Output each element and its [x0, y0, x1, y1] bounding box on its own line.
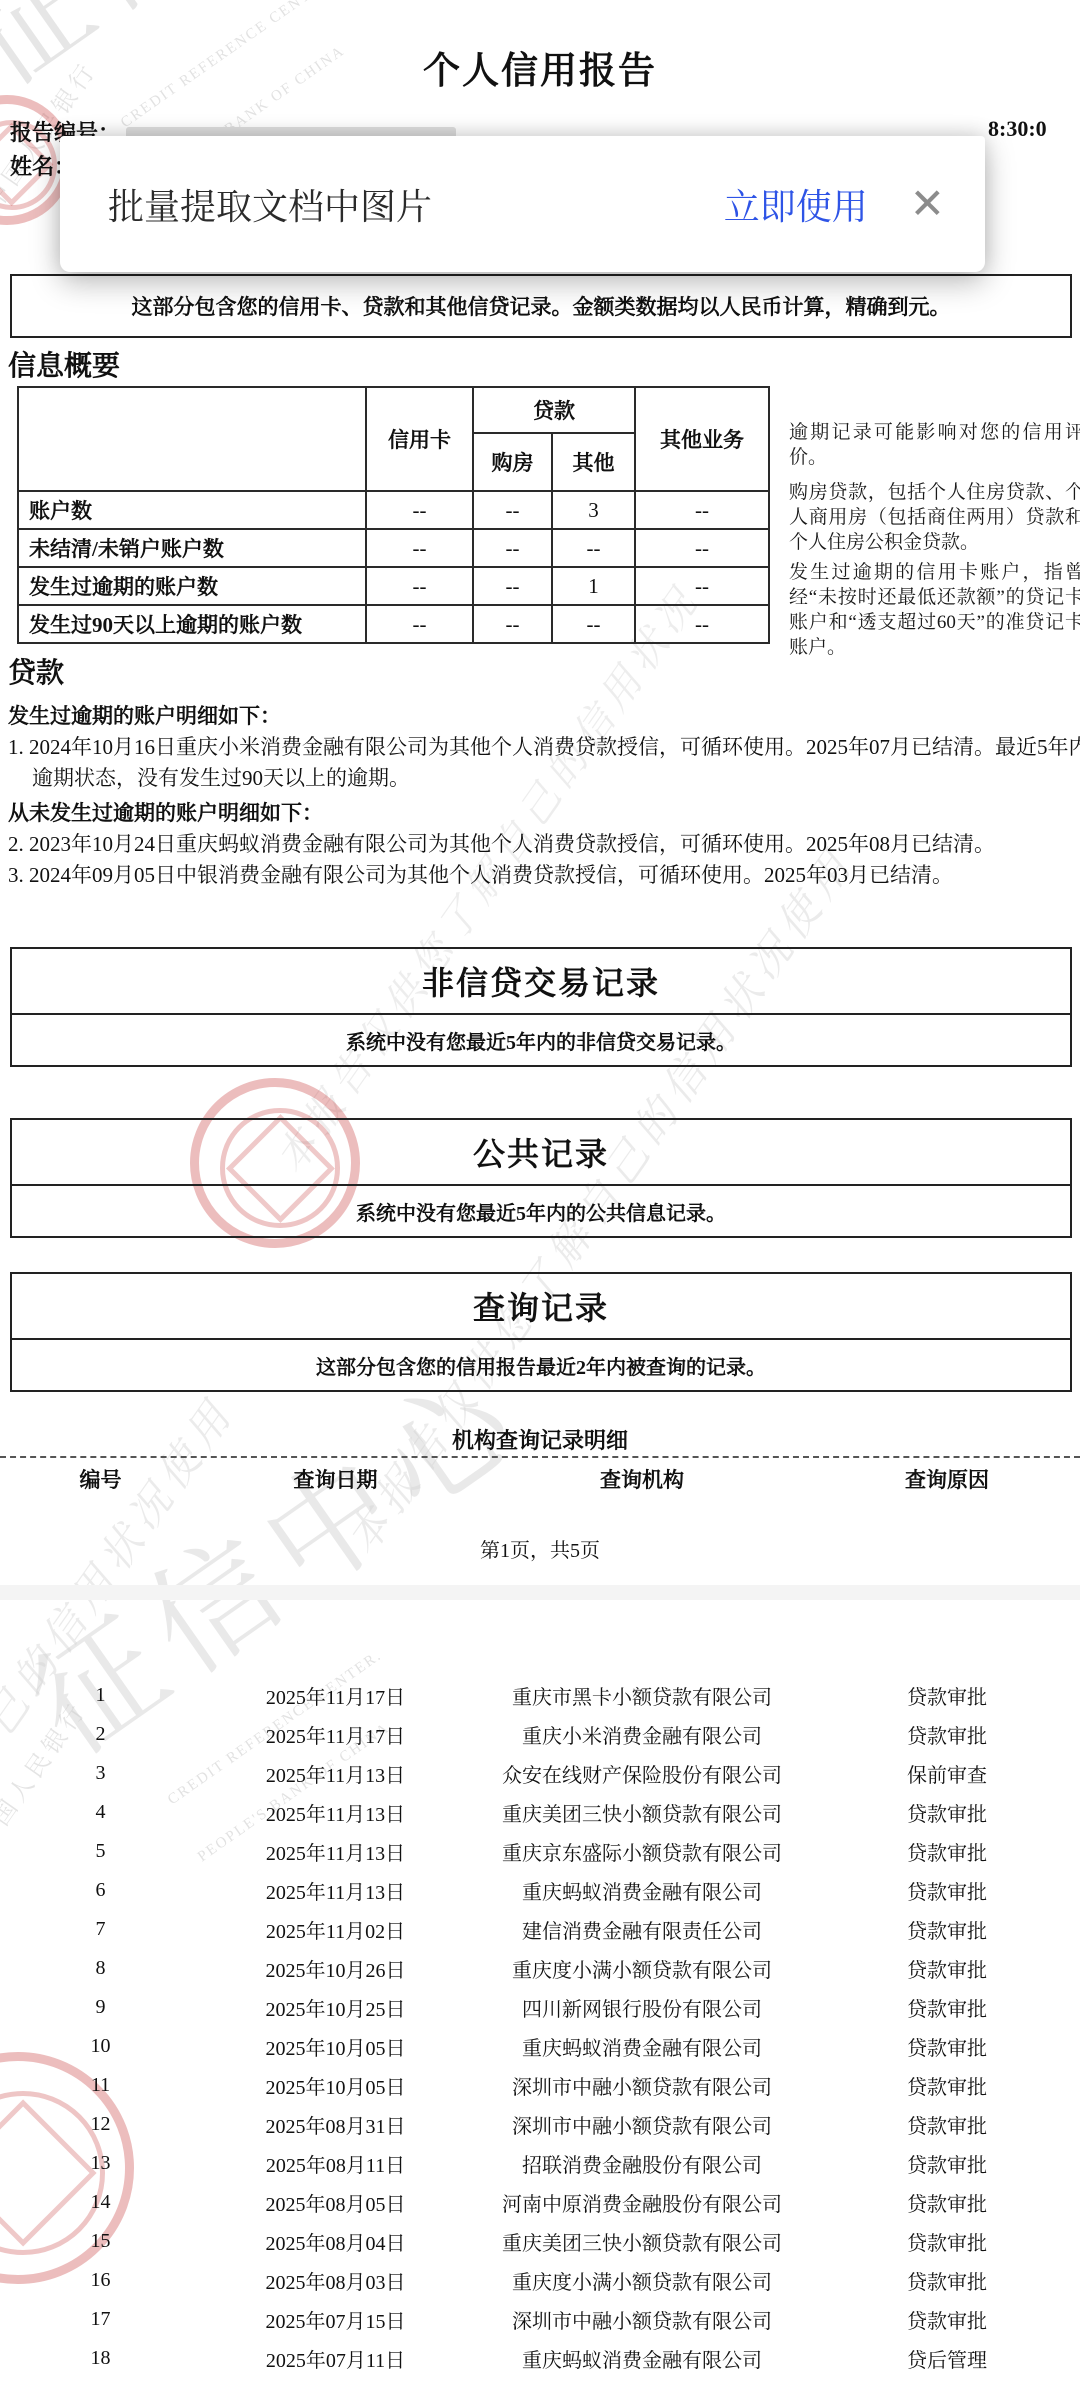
summary-cell: --: [473, 529, 552, 567]
query-cell: 16: [0, 2269, 201, 2292]
query-row: 132025年08月11日招联消费金融股份有限公司贷款审批: [0, 2144, 1080, 2183]
query-cell: 贷款审批: [814, 1837, 1080, 1866]
summary-col-loan: 贷款: [473, 387, 635, 433]
query-cell: 13: [0, 2152, 201, 2175]
query-cell: 深圳市中融小额贷款有限公司: [470, 2071, 814, 2100]
query-cell: 重庆度小满小额贷款有限公司: [470, 1954, 814, 1983]
query-cell: 4: [0, 1801, 201, 1824]
query-cell: 9: [0, 1996, 201, 2019]
table-row: 未结清/未销户账户数 -- -- -- --: [18, 529, 769, 567]
query-cell: 贷款审批: [814, 1954, 1080, 1983]
query-cell: 15: [0, 2230, 201, 2253]
summary-cell: --: [635, 491, 769, 529]
summary-cell: 1: [552, 567, 635, 605]
query-cell: 众安在线财产保险股份有限公司: [470, 1759, 814, 1788]
query-cell: 招联消费金融股份有限公司: [470, 2149, 814, 2178]
query-row: 82025年10月26日重庆度小满小额贷款有限公司贷款审批: [0, 1949, 1080, 1988]
never-overdue-accounts-title: 从未发生过逾期的账户明细如下：: [8, 803, 1080, 824]
query-cell: 重庆蚂蚁消费金融有限公司: [470, 2344, 814, 2373]
query-cell: 贷款审批: [814, 1915, 1080, 1944]
summary-col-credit-card: 信用卡: [366, 387, 473, 491]
summary-row-label: 未结清/未销户账户数: [18, 529, 366, 567]
query-cell: 贷款审批: [814, 2227, 1080, 2256]
query-cell: 贷款审批: [814, 1720, 1080, 1749]
query-cell: 贷后管理: [814, 2344, 1080, 2373]
query-cell: 四川新网银行股份有限公司: [470, 1993, 814, 2022]
query-cell: 17: [0, 2308, 201, 2331]
query-row: 32025年11月13日众安在线财产保险股份有限公司保前审查: [0, 1754, 1080, 1793]
extract-images-popup: 批量提取文档中图片 立即使用 ✕: [60, 136, 985, 272]
summary-cell: --: [366, 491, 473, 529]
query-row: 152025年08月04日重庆美团三快小额贷款有限公司贷款审批: [0, 2222, 1080, 2261]
summary-corner-cell: [18, 387, 366, 491]
query-row: 102025年10月05日重庆蚂蚁消费金融有限公司贷款审批: [0, 2027, 1080, 2066]
section-title: 公共记录: [12, 1120, 1070, 1186]
query-cell: 河南中原消费金融股份有限公司: [470, 2188, 814, 2217]
section-note: 系统中没有您最近5年内的非信贷交易记录。: [12, 1015, 1070, 1065]
query-cell: 重庆美团三快小额贷款有限公司: [470, 2227, 814, 2256]
summary-col-other-biz: 其他业务: [635, 387, 769, 491]
credit-intro-text: 这部分包含您的信用卡、贷款和其他信贷记录。金额类数据均以人民币计算，精确到元。: [132, 291, 951, 321]
section-title: 非信贷交易记录: [12, 949, 1070, 1015]
query-cell: 重庆蚂蚁消费金融有限公司: [470, 2032, 814, 2061]
loan-item: 3. 2024年09月05日中银消费金融有限公司为其他个人消费贷款授信，可循环使…: [8, 865, 1080, 886]
query-cell: 2025年11月17日: [201, 1720, 470, 1749]
summary-note-house-loan: 购房贷款，包括个人住房贷款、个人商用房（包括商住两用）贷款和个人住房公积金贷款。: [789, 480, 1080, 555]
query-cell: 2025年08月11日: [201, 2149, 470, 2178]
credit-report-page: 征信中心中国人民银行CREDIT REFERENCE CENTER.PEOPLE…: [0, 0, 1080, 2400]
summary-cell: --: [635, 529, 769, 567]
query-cell: 深圳市中融小额贷款有限公司: [470, 2305, 814, 2334]
page-title: 个人信用报告: [0, 40, 1080, 94]
query-cell: 2025年08月31日: [201, 2110, 470, 2139]
query-row: 182025年07月11日重庆蚂蚁消费金融有限公司贷后管理: [0, 2339, 1080, 2378]
summary-cell: 3: [552, 491, 635, 529]
table-row: 发生过90天以上逾期的账户数 -- -- -- --: [18, 605, 769, 643]
query-cell: 6: [0, 1879, 201, 1902]
query-cell: 10: [0, 2035, 201, 2058]
query-cell: 2025年11月13日: [201, 1798, 470, 1827]
popup-title: 批量提取文档中图片: [108, 179, 432, 230]
query-cell: 贷款审批: [814, 2032, 1080, 2061]
section-note: 这部分包含您的信用报告最近2年内被查询的记录。: [12, 1340, 1070, 1390]
query-cell: 贷款审批: [814, 2110, 1080, 2139]
query-row: 142025年08月05日河南中原消费金融股份有限公司贷款审批: [0, 2183, 1080, 2222]
summary-note-overdue: 逾期记录可能影响对您的信用评价。: [789, 420, 1080, 470]
query-cell: 12: [0, 2113, 201, 2136]
loan-item-continuation: 逾期状态，没有发生过90天以上的逾期。: [32, 768, 1080, 789]
page-separator-band: [0, 1585, 1080, 1600]
summary-col-loan-other: 其他: [552, 433, 635, 491]
report-time-fragment: 8:30:0: [988, 116, 1047, 142]
query-row: 112025年10月05日深圳市中融小额贷款有限公司贷款审批: [0, 2066, 1080, 2105]
query-cell: 2025年11月13日: [201, 1837, 470, 1866]
table-row: 发生过逾期的账户数 -- -- 1 --: [18, 567, 769, 605]
summary-cell: --: [552, 529, 635, 567]
query-cell: 重庆美团三快小额贷款有限公司: [470, 1798, 814, 1827]
section-non-credit-transactions: 非信贷交易记录 系统中没有您最近5年内的非信贷交易记录。: [10, 947, 1072, 1067]
summary-heading: 信息概要: [8, 344, 120, 384]
loan-item: 1. 2024年10月16日重庆小米消费金融有限公司为其他个人消费贷款授信，可循…: [8, 737, 1080, 758]
query-cell: 2025年11月17日: [201, 1681, 470, 1710]
query-cell: 保前审查: [814, 1759, 1080, 1788]
query-cell: 7: [0, 1918, 201, 1941]
loans-heading: 贷款: [8, 660, 1080, 688]
section-title: 查询记录: [12, 1274, 1070, 1340]
summary-col-loan-house: 购房: [473, 433, 552, 491]
query-cell: 2025年07月11日: [201, 2344, 470, 2373]
query-row: 62025年11月13日重庆蚂蚁消费金融有限公司贷款审批: [0, 1871, 1080, 1910]
summary-cell: --: [552, 605, 635, 643]
query-cell: 2025年10月05日: [201, 2071, 470, 2100]
summary-cell: --: [473, 567, 552, 605]
summary-cell: --: [366, 529, 473, 567]
query-cell: 建信消费金融有限责任公司: [470, 1915, 814, 1944]
query-cell: 2025年07月15日: [201, 2305, 470, 2334]
table-row: 账户数 -- -- 3 --: [18, 491, 769, 529]
query-cell: 重庆市黑卡小额贷款有限公司: [470, 1681, 814, 1710]
query-cell: 重庆度小满小额贷款有限公司: [470, 2266, 814, 2295]
loans-section: 贷款 发生过逾期的账户明细如下： 1. 2024年10月16日重庆小米消费金融有…: [8, 660, 1080, 896]
summary-cell: --: [635, 605, 769, 643]
query-col-org: 查询机构: [470, 1464, 814, 1494]
section-note: 系统中没有您最近5年内的公共信息记录。: [12, 1186, 1070, 1236]
query-detail-title: 机构查询记录明细: [0, 1424, 1080, 1455]
summary-cell: --: [473, 491, 552, 529]
summary-cell: --: [635, 567, 769, 605]
query-cell: 贷款审批: [814, 1876, 1080, 1905]
query-cell: 5: [0, 1840, 201, 1863]
query-row: 12025年11月17日重庆市黑卡小额贷款有限公司贷款审批: [0, 1676, 1080, 1715]
summary-cell: --: [366, 567, 473, 605]
query-cell: 贷款审批: [814, 2149, 1080, 2178]
query-cell: 贷款审批: [814, 2071, 1080, 2100]
query-cell: 贷款审批: [814, 1993, 1080, 2022]
query-row: 42025年11月13日重庆美团三快小额贷款有限公司贷款审批: [0, 1793, 1080, 1832]
query-col-no: 编号: [0, 1464, 201, 1494]
credit-intro-box: 这部分包含您的信用卡、贷款和其他信贷记录。金额类数据均以人民币计算，精确到元。: [10, 274, 1072, 338]
query-col-date: 查询日期: [201, 1464, 470, 1494]
use-now-button[interactable]: 立即使用: [724, 179, 868, 230]
page-indicator: 第1页，共5页: [0, 1534, 1080, 1563]
query-cell: 3: [0, 1762, 201, 1785]
loan-item: 2. 2023年10月24日重庆蚂蚁消费金融有限公司为其他个人消费贷款授信，可循…: [8, 834, 1080, 855]
query-cell: 2025年08月05日: [201, 2188, 470, 2217]
query-cell: 2025年11月13日: [201, 1876, 470, 1905]
summary-cell: --: [366, 605, 473, 643]
summary-note-credit-card: 发生过逾期的信用卡账户，指曾经“未按时还最低还款额”的贷记卡账户和“透支超过60…: [789, 560, 1080, 660]
query-cell: 2: [0, 1723, 201, 1746]
close-icon[interactable]: ✕: [910, 183, 945, 225]
query-cell: 贷款审批: [814, 2266, 1080, 2295]
query-cell: 8: [0, 1957, 201, 1980]
query-table-header: 编号 查询日期 查询机构 查询原因: [0, 1464, 1080, 1494]
summary-row-label: 发生过90天以上逾期的账户数: [18, 605, 366, 643]
query-cell: 2025年11月02日: [201, 1915, 470, 1944]
query-cell: 2025年08月03日: [201, 2266, 470, 2295]
query-cell: 1: [0, 1684, 201, 1707]
query-rows: 12025年11月17日重庆市黑卡小额贷款有限公司贷款审批22025年11月17…: [0, 1676, 1080, 2378]
query-row: 92025年10月25日四川新网银行股份有限公司贷款审批: [0, 1988, 1080, 2027]
query-row: 162025年08月03日重庆度小满小额贷款有限公司贷款审批: [0, 2261, 1080, 2300]
query-cell: 贷款审批: [814, 1681, 1080, 1710]
section-query-records: 查询记录 这部分包含您的信用报告最近2年内被查询的记录。: [10, 1272, 1072, 1392]
query-cell: 2025年10月25日: [201, 1993, 470, 2022]
summary-row-label: 账户数: [18, 491, 366, 529]
overdue-accounts-title: 发生过逾期的账户明细如下：: [8, 706, 1080, 727]
dashed-divider: [0, 1456, 1080, 1458]
summary-table: 信用卡 贷款 其他业务 购房 其他 账户数 -- -- 3 -- 未结清/未销户…: [17, 386, 770, 644]
section-public-records: 公共记录 系统中没有您最近5年内的公共信息记录。: [10, 1118, 1072, 1238]
query-col-reason: 查询原因: [814, 1464, 1080, 1494]
query-row: 122025年08月31日深圳市中融小额贷款有限公司贷款审批: [0, 2105, 1080, 2144]
query-row: 22025年11月17日重庆小米消费金融有限公司贷款审批: [0, 1715, 1080, 1754]
query-cell: 2025年11月13日: [201, 1759, 470, 1788]
query-cell: 11: [0, 2074, 201, 2097]
query-row: 52025年11月13日重庆京东盛际小额贷款有限公司贷款审批: [0, 1832, 1080, 1871]
query-cell: 重庆蚂蚁消费金融有限公司: [470, 1876, 814, 1905]
query-cell: 贷款审批: [814, 1798, 1080, 1827]
query-cell: 重庆京东盛际小额贷款有限公司: [470, 1837, 814, 1866]
summary-row-label: 发生过逾期的账户数: [18, 567, 366, 605]
summary-cell: --: [473, 605, 552, 643]
query-cell: 14: [0, 2191, 201, 2214]
query-row: 172025年07月15日深圳市中融小额贷款有限公司贷款审批: [0, 2300, 1080, 2339]
query-cell: 深圳市中融小额贷款有限公司: [470, 2110, 814, 2139]
query-row: 72025年11月02日建信消费金融有限责任公司贷款审批: [0, 1910, 1080, 1949]
query-cell: 贷款审批: [814, 2188, 1080, 2217]
query-cell: 2025年08月04日: [201, 2227, 470, 2256]
query-cell: 2025年10月05日: [201, 2032, 470, 2061]
query-cell: 18: [0, 2347, 201, 2370]
query-cell: 2025年10月26日: [201, 1954, 470, 1983]
query-cell: 重庆小米消费金融有限公司: [470, 1720, 814, 1749]
query-cell: 贷款审批: [814, 2305, 1080, 2334]
